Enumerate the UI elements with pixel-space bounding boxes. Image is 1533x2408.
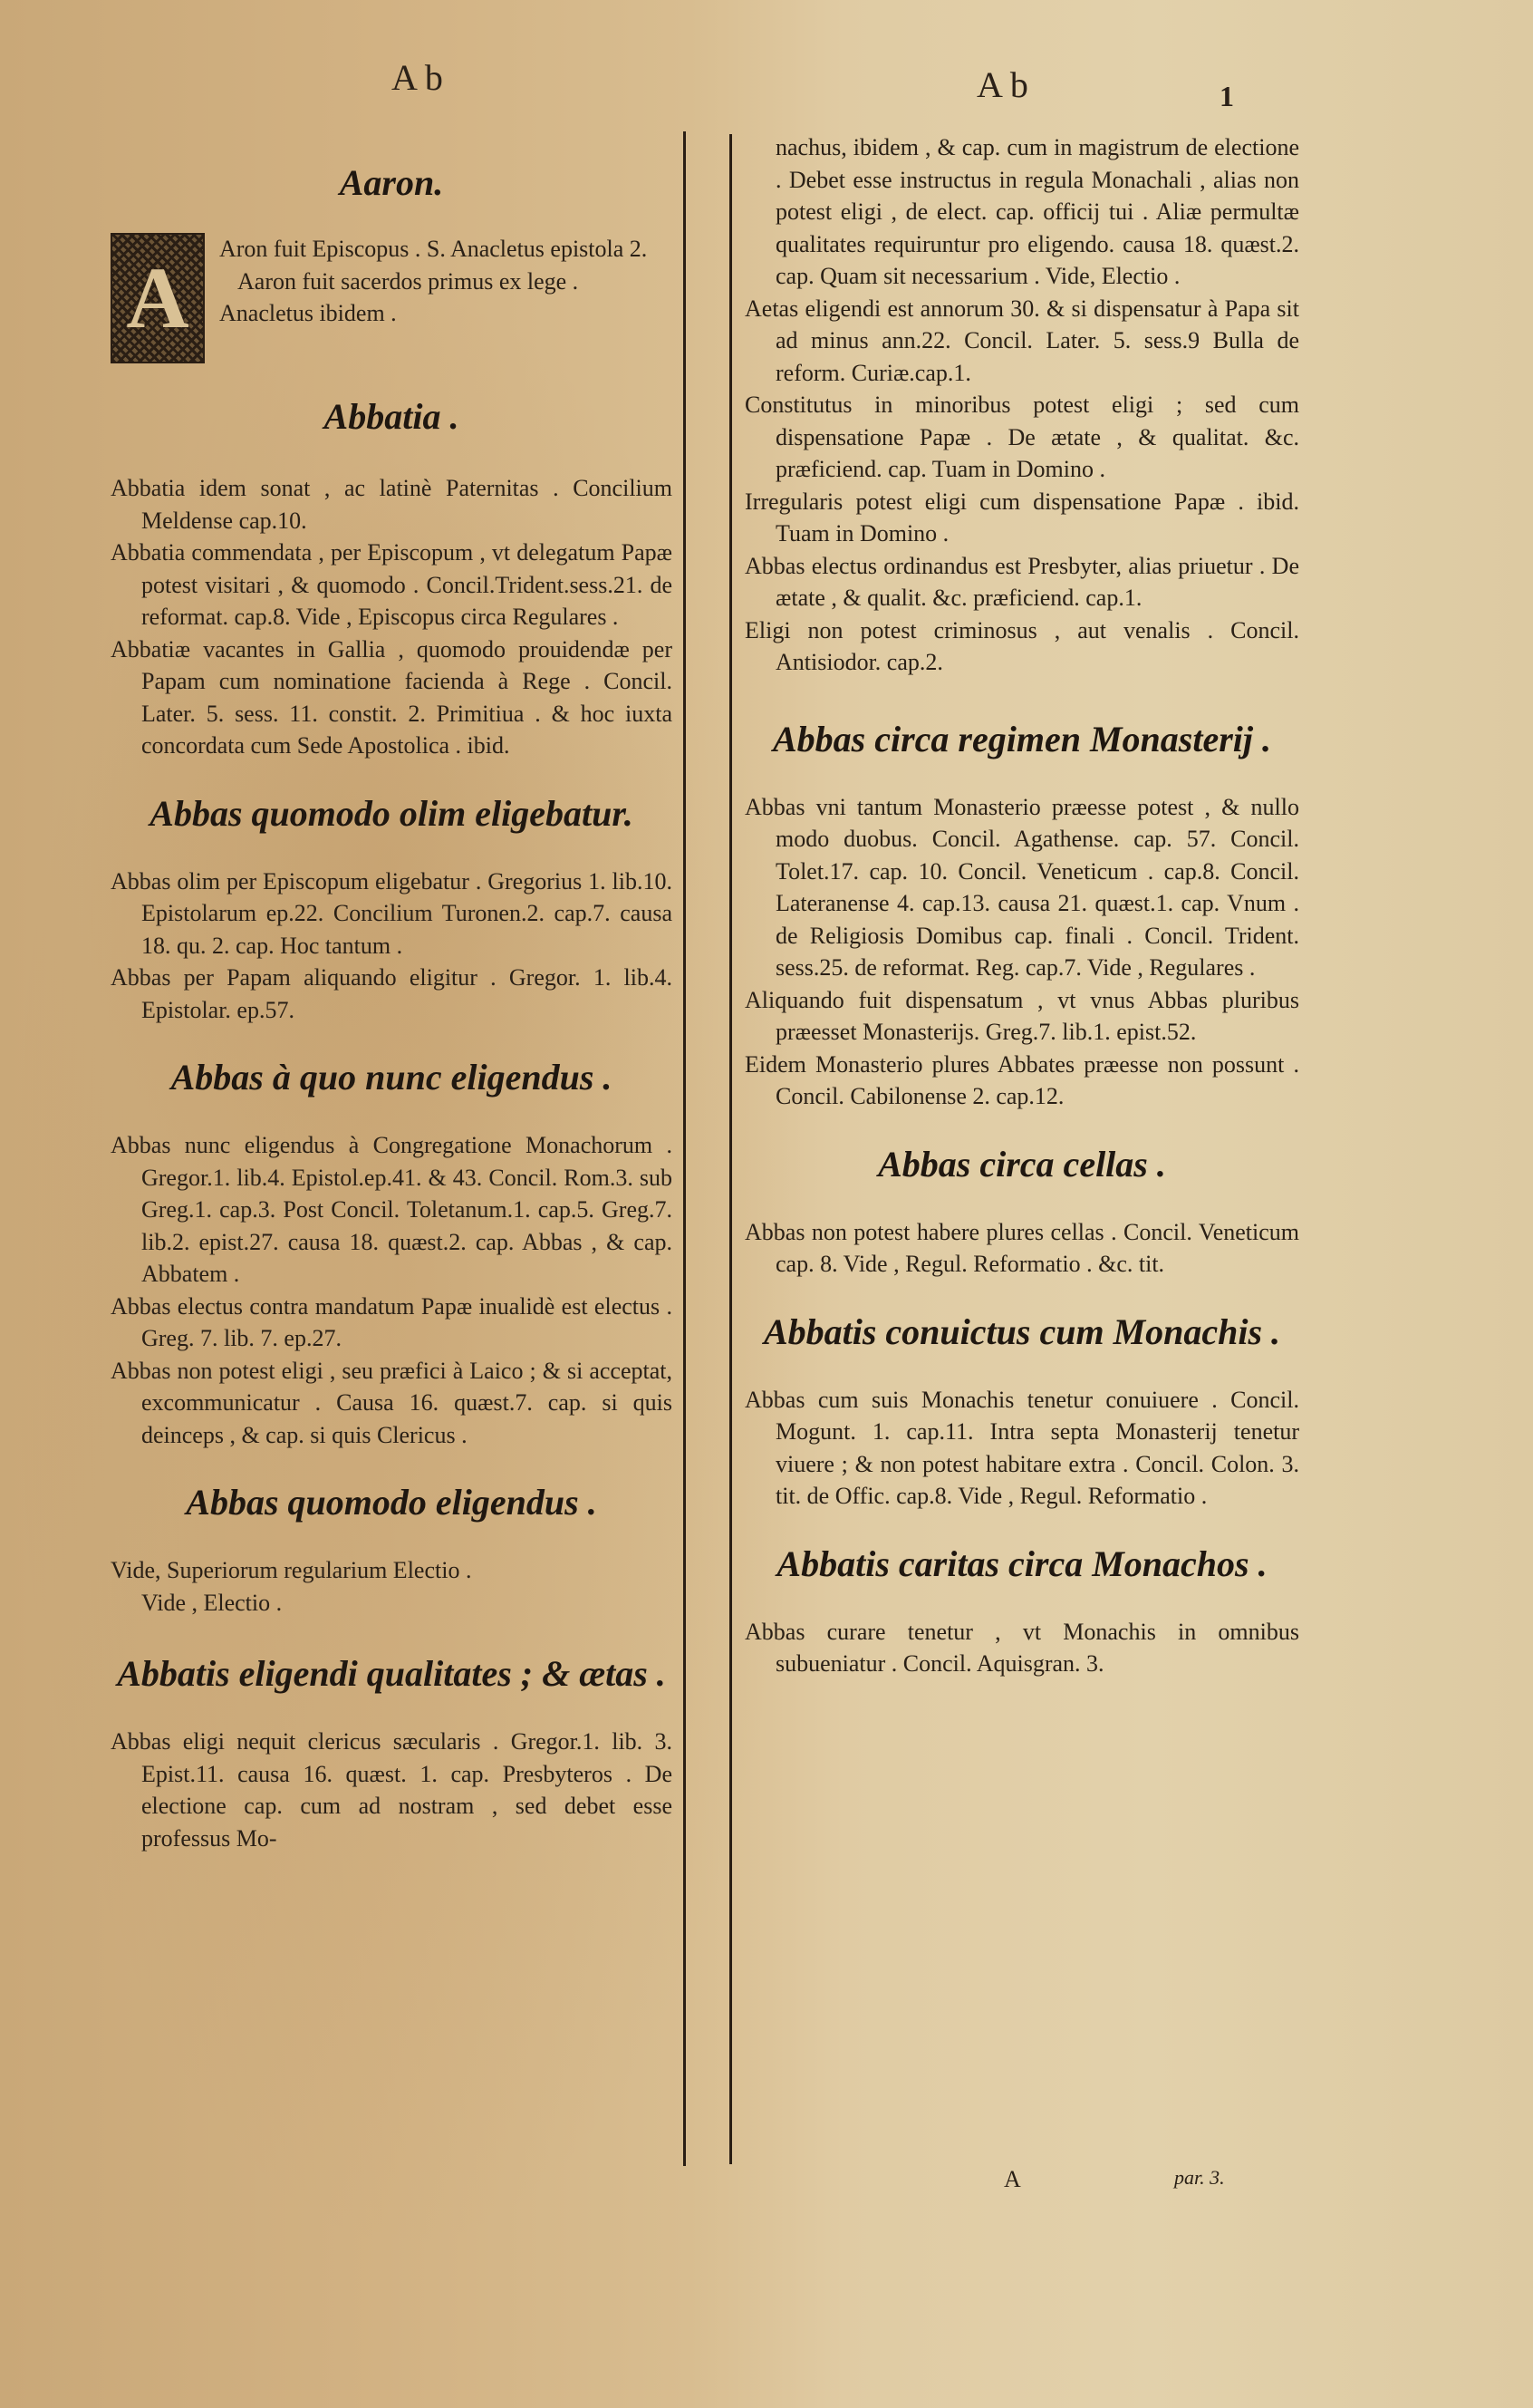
entry-text: Aaron fuit sacerdos primus ex lege . Ana… bbox=[219, 266, 672, 330]
entry-continuation: nachus, ibidem , & cap. cum in magistrum… bbox=[745, 131, 1299, 293]
catchword: par. 3. bbox=[1174, 2166, 1225, 2190]
running-head-left: Ab bbox=[391, 56, 450, 99]
entry-text: Abbas curare tenetur , vt Monachis in om… bbox=[745, 1616, 1299, 1680]
folio-page-number: 1 bbox=[1220, 80, 1234, 113]
entry-text: Abbas cum suis Monachis tenetur conuiuer… bbox=[745, 1384, 1299, 1513]
decorated-initial-a: A bbox=[111, 233, 205, 363]
entry-heading: Abbas circa regimen Monasterij . bbox=[745, 715, 1299, 764]
entry-heading: Abbatis eligendi qualitates ; & ætas . bbox=[111, 1649, 672, 1698]
entry-text: Abbas olim per Episcopum eligebatur . Gr… bbox=[111, 866, 672, 962]
entry-text: Aliquando fuit dispensatum , vt vnus Abb… bbox=[745, 984, 1299, 1049]
aaron-entry: A Aron fuit Episcopus . S. Anacletus epi… bbox=[111, 233, 672, 363]
entry-text: Eidem Monasterio plures Abbates præesse … bbox=[745, 1049, 1299, 1113]
entry-text: Vide, Superiorum regularium Electio . bbox=[111, 1554, 672, 1587]
entry-text: Abbatiæ vacantes in Gallia , quomodo pro… bbox=[111, 633, 672, 762]
signature-mark: A bbox=[1004, 2166, 1021, 2193]
entry-text: Aetas eligendi est annorum 30. & si disp… bbox=[745, 293, 1299, 390]
column-rule-right bbox=[729, 134, 732, 2164]
entry-heading: Abbas quomodo eligendus . bbox=[111, 1478, 672, 1527]
entry-heading: Abbas circa cellas . bbox=[745, 1140, 1299, 1189]
entry-text: Abbas non potest habere plures cellas . … bbox=[745, 1216, 1299, 1281]
entry-text: Abbas electus contra mandatum Papæ inual… bbox=[111, 1291, 672, 1355]
entry-heading: Abbatia . bbox=[111, 392, 672, 441]
running-head-right: Ab bbox=[977, 63, 1036, 106]
entry-text: Eligi non potest criminosus , aut venali… bbox=[745, 614, 1299, 679]
entry-text: Abbas electus ordinandus est Presbyter, … bbox=[745, 550, 1299, 614]
entry-text: Vide , Electio . bbox=[111, 1587, 672, 1620]
entry-heading: Aaron. bbox=[111, 159, 672, 208]
entry-text: Abbas vni tantum Monasterio præesse pote… bbox=[745, 791, 1299, 984]
entry-text: Abbas eligi nequit clericus sæcularis . … bbox=[111, 1726, 672, 1854]
entry-heading: Abbatis conuictus cum Monachis . bbox=[745, 1308, 1299, 1357]
aaron-text: Aron fuit Episcopus . S. Anacletus epist… bbox=[219, 233, 672, 330]
entry-text: Abbas per Papam aliquando eligitur . Gre… bbox=[111, 962, 672, 1026]
entry-text: Abbas nunc eligendus à Congregatione Mon… bbox=[111, 1129, 672, 1291]
entry-heading: Abbatis caritas circa Monachos . bbox=[745, 1540, 1299, 1589]
entry-heading: Abbas quomodo olim eligebatur. bbox=[111, 789, 672, 838]
entry-text: Abbas non potest eligi , seu præfici à L… bbox=[111, 1355, 672, 1452]
left-column: Aaron. A Aron fuit Episcopus . S. Anacle… bbox=[111, 159, 672, 1854]
entry-heading: Abbas à quo nunc eligendus . bbox=[111, 1053, 672, 1102]
column-rule-left bbox=[683, 131, 686, 2166]
entry-text: Abbatia idem sonat , ac latinè Paternita… bbox=[111, 472, 672, 537]
entry-text: Aron fuit Episcopus . S. Anacletus epist… bbox=[219, 233, 672, 266]
right-column: nachus, ibidem , & cap. cum in magistrum… bbox=[745, 131, 1299, 1680]
entry-text: Irregularis potest eligi cum dispensatio… bbox=[745, 486, 1299, 550]
entry-text: Abbatia commendata , per Episcopum , vt … bbox=[111, 537, 672, 633]
entry-text: Constitutus in minoribus potest eligi ; … bbox=[745, 389, 1299, 486]
